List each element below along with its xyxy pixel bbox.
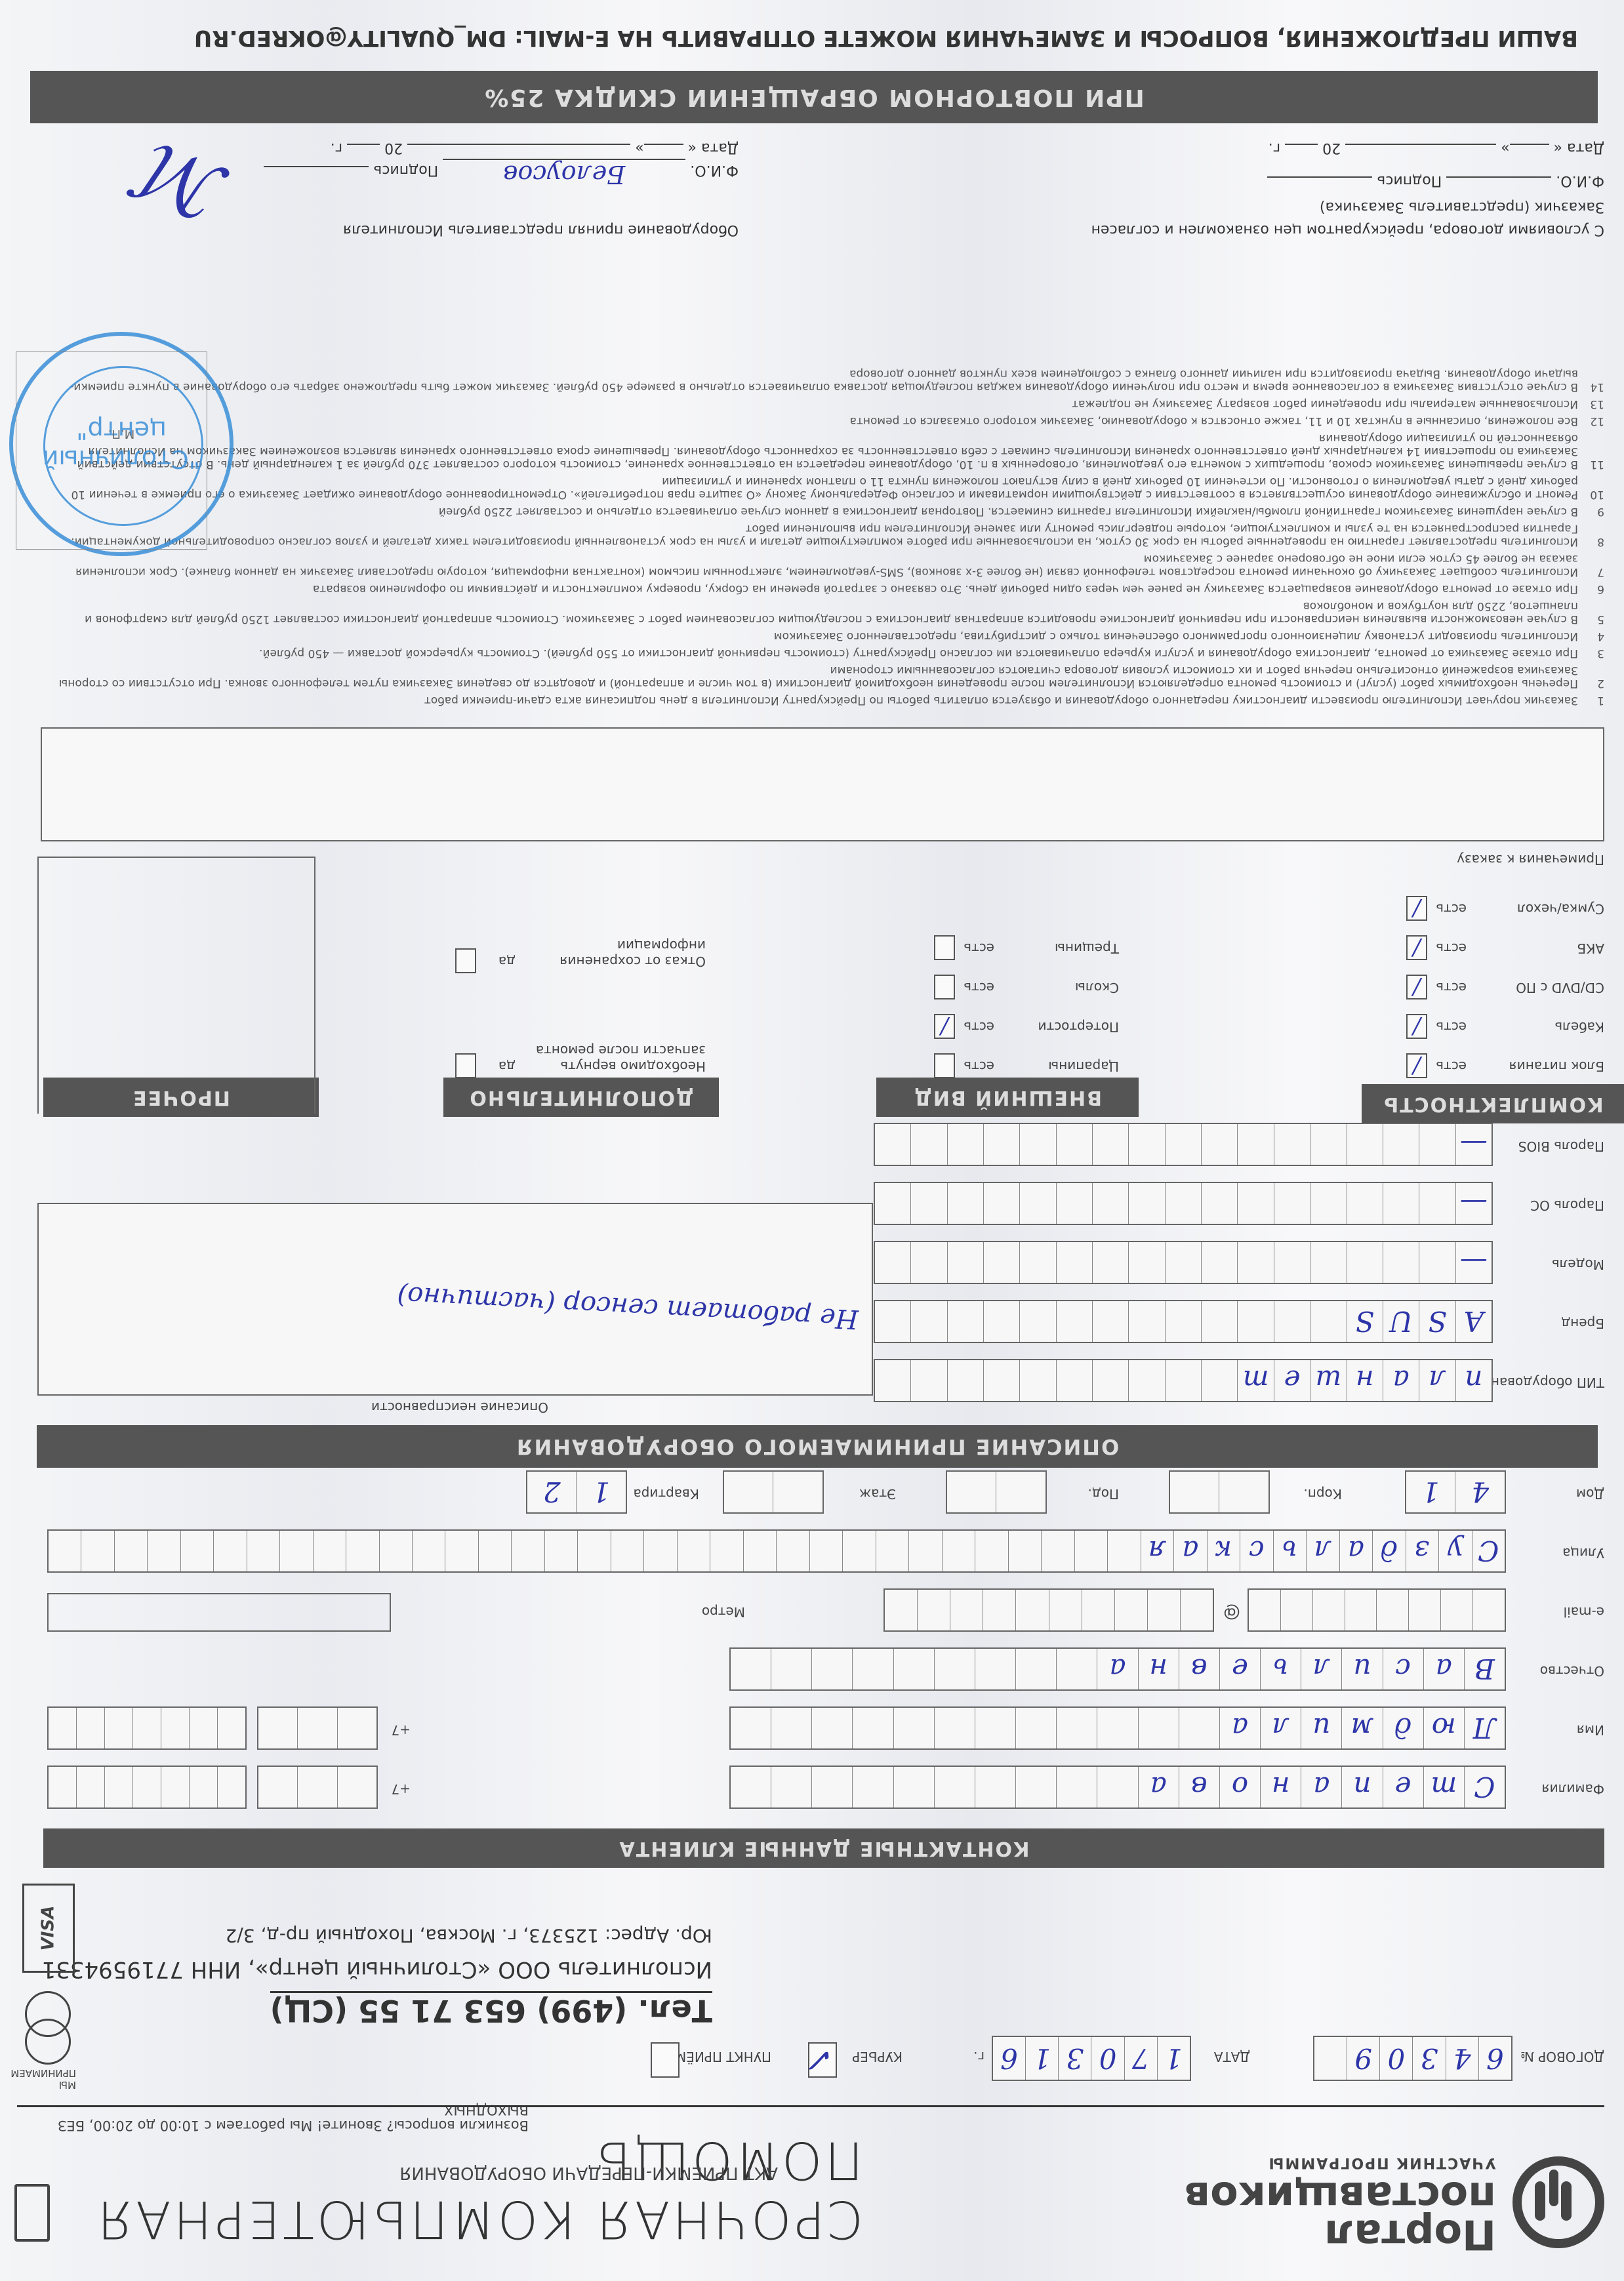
completeness-checkbox[interactable]: /: [1406, 975, 1427, 999]
customer-fio-field[interactable]: [1446, 176, 1551, 178]
legal-address: Юр. Адрес: 125373, г. Москва, Походный п…: [226, 1925, 712, 1947]
term-text: Перечень необходимых работ (услуг) и сто…: [43, 664, 1578, 690]
additional-yes-label: да: [498, 1059, 516, 1074]
equipment-field-label: Пароль BIOS: [1518, 1139, 1604, 1154]
apartment-field[interactable]: 12: [526, 1470, 627, 1514]
executor-date-month[interactable]: [407, 144, 630, 145]
receipt-form-page: Портал поставщиков УЧАСТНИК ПРОГРАММЫ СР…: [0, 0, 1624, 2281]
discount-banner: ПРИ ПОВТОРНОМ ОБРАЩЕНИИ СКИДКА 25%: [30, 71, 1598, 123]
courier-label: КУРЬЕР: [852, 2049, 903, 2065]
appearance-checkbox[interactable]: [934, 935, 955, 960]
executor-signature-field[interactable]: [264, 166, 369, 167]
client-field-label: Улица: [1562, 1545, 1604, 1561]
appearance-item-label: Царапины: [1001, 1059, 1119, 1074]
equipment-0-field[interactable]: планшет: [874, 1359, 1493, 1402]
term-text: Все положения, описанные в пунктах 10 и …: [43, 414, 1578, 428]
customer-agreement: С условиями договора, прейскурантом цен …: [1091, 222, 1604, 238]
term-number: 14: [1578, 367, 1604, 394]
equipment-1-field[interactable]: ASUS: [874, 1300, 1493, 1343]
date-label: ДАТА: [1214, 2049, 1250, 2065]
term-item: 14В случае отсутствия Заказчика в соглас…: [43, 367, 1604, 394]
feedback-note: ВАШИ ПРЕДЛОЖЕНИЯ, ВОПРОСЫ И ЗАМЕЧАНИЯ МО…: [194, 25, 1578, 51]
appearance-yes-label: есть: [964, 980, 994, 996]
completeness-yes-label: есть: [1436, 901, 1467, 917]
floor-field[interactable]: [723, 1470, 824, 1514]
term-number: 4: [1578, 630, 1604, 643]
street-field[interactable]: Суздальская: [47, 1529, 1506, 1573]
completeness-yes-label: есть: [1436, 1059, 1467, 1074]
executor-date-year[interactable]: [347, 144, 380, 145]
completeness-item-label: Кабель: [1473, 1019, 1604, 1035]
notes-label: Примечания к заказу: [1457, 852, 1604, 868]
appearance-item-label: Потертости: [1001, 1019, 1119, 1035]
term-text: При отказе от ремонта оборудование возвр…: [43, 582, 1578, 595]
metro-field[interactable]: [47, 1593, 391, 1632]
term-text: В случае отсутствия Заказчика в согласов…: [43, 367, 1578, 394]
executor-receipt-label: Оборудование принял представитель Исполн…: [343, 222, 739, 238]
client-0-field[interactable]: Степанова: [729, 1766, 1506, 1809]
stamp-area-frame: [16, 352, 207, 550]
service-title: СРОЧНАЯ КОМПЬЮТЕРНАЯ ПОМОЩЬ: [0, 2130, 863, 2248]
completeness-item-label: Сумка/чехол: [1473, 901, 1604, 917]
term-text: При отказе Заказчика от ремонта, диагнос…: [43, 647, 1578, 660]
client-field-label: e-mail: [1564, 1604, 1604, 1620]
term-item: 2Перечень необходимых работ (услуг) и ст…: [43, 664, 1604, 690]
logo-circle-icon: [1512, 2156, 1604, 2248]
header-divider: [17, 2105, 1604, 2107]
date-year-suffix: г.: [973, 2049, 985, 2065]
visa-icon: VISA: [22, 1884, 75, 1973]
term-text: В случае нарушения Заказчиком гарантийно…: [43, 505, 1578, 518]
phone-code-field[interactable]: [257, 1766, 378, 1809]
executor-fio-row: Ф.И.О. Белоусов Подпись: [264, 159, 739, 189]
notes-box[interactable]: [41, 727, 1604, 841]
building-field[interactable]: [1169, 1470, 1270, 1514]
additional-header: ДОПОЛНИТЕЛЬНО: [443, 1078, 719, 1117]
equipment-section-header: ОПИСАНИЕ ПРИНИМАЕМОГО ОБОРУДОВАНИЯ: [37, 1425, 1598, 1468]
courier-checkbox[interactable]: ✓: [808, 2042, 837, 2078]
term-text: В случае превышения Заказчиком сроков, п…: [43, 432, 1578, 471]
client-field-label: Имя: [1577, 1722, 1604, 1738]
appearance-yes-label: есть: [964, 1059, 994, 1074]
completeness-checkbox[interactable]: /: [1406, 896, 1427, 921]
equipment-field-label: Пароль ОС: [1530, 1198, 1604, 1213]
payments-accepted-label: МЫ ПРИНИМАЕМ: [0, 2067, 76, 2091]
term-text: Ремонт и обслуживание оборудования осуще…: [43, 475, 1578, 501]
equipment-field-label: ТИП оборудования: [1474, 1375, 1604, 1390]
customer-fio-row: Ф.И.О. Подпись: [1267, 172, 1604, 189]
completeness-item-label: Блок питания: [1473, 1059, 1604, 1074]
term-number: 12: [1578, 414, 1604, 428]
term-number: 13: [1578, 397, 1604, 411]
customer-role: Заказчик (представитель Заказчика): [1320, 199, 1604, 215]
phone-code-field[interactable]: [257, 1706, 378, 1750]
completeness-yes-label: есть: [1436, 940, 1467, 956]
company-phone: Тел. (499) 653 71 55 (СЦ): [270, 1991, 712, 2029]
floor-label: Этаж: [859, 1486, 896, 1502]
appearance-yes-label: есть: [964, 1019, 994, 1035]
appearance-item-label: Трещины: [1001, 940, 1119, 956]
appearance-item-label: Сколы: [1001, 980, 1119, 996]
equipment-field-label: Бренд: [1561, 1316, 1604, 1331]
term-text: Использованные материалы при проведении …: [43, 397, 1578, 411]
term-text: Исполнитель производит установку лицензи…: [43, 630, 1578, 643]
term-number: 5: [1578, 599, 1604, 626]
email-local-field[interactable]: [1248, 1588, 1506, 1632]
email-at-sign: @: [1223, 1603, 1240, 1623]
phone-prefix: +7: [392, 1781, 411, 1797]
building-label: Корп.: [1303, 1486, 1342, 1502]
customer-date-year[interactable]: [1285, 144, 1318, 145]
term-number: 11: [1578, 432, 1604, 471]
logo-tagline: УЧАСТНИК ПРОГРАММЫ: [1268, 2154, 1496, 2171]
house-label: Дом: [1576, 1486, 1604, 1502]
term-item: 10Ремонт и обслуживание оборудования осу…: [43, 475, 1604, 501]
other-box[interactable]: [37, 857, 315, 1114]
term-number: 2: [1578, 664, 1604, 690]
completeness-checkbox[interactable]: /: [1406, 935, 1427, 960]
additional-item-label: Необходимо вернуть запчасти после ремонт…: [522, 1043, 706, 1074]
term-number: 1: [1578, 694, 1604, 707]
term-number: 8: [1578, 522, 1604, 548]
term-number: 9: [1578, 505, 1604, 518]
equipment-4-field[interactable]: —: [874, 1123, 1493, 1166]
client-2-field[interactable]: Васильевна: [729, 1647, 1506, 1691]
equipment-field-label: Модель: [1552, 1257, 1604, 1272]
customer-signature-field[interactable]: [1267, 176, 1372, 178]
contract-number-field[interactable]: 64309: [1313, 2036, 1512, 2081]
executor-date-row: Дата « » 20 г.: [331, 140, 739, 156]
email-domain-field[interactable]: [883, 1588, 1214, 1632]
appearance-checkbox[interactable]: [934, 975, 955, 999]
term-text: В случае невозможности выявления неиспра…: [43, 599, 1578, 626]
term-item: 1Заказчик поручает Исполнителю произвест…: [43, 694, 1604, 707]
term-item: 6При отказе от ремонта оборудование возв…: [43, 582, 1604, 595]
fault-description-label: Описание неисправности: [371, 1400, 548, 1415]
executor-date-day[interactable]: [644, 144, 683, 145]
term-item: 9В случае нарушения Заказчиком гарантийн…: [43, 505, 1604, 518]
client-1-field[interactable]: Людмила: [729, 1706, 1506, 1750]
equipment-3-field[interactable]: —: [874, 1182, 1493, 1225]
term-item: 8Исполнитель предоставляет гарантию на п…: [43, 522, 1604, 548]
executor-signature-scribble: ℳ: [130, 125, 240, 240]
client-section-header: КОНТАКТНЫЕ ДАННЫЕ КЛИЕНТА: [43, 1828, 1604, 1868]
term-item: 13Использованные материалы при проведени…: [43, 397, 1604, 411]
executor-company: Исполнитель ООО «Столичный центр», ИНН 7…: [42, 1956, 712, 1983]
additional-checkbox[interactable]: [455, 948, 476, 973]
phone-prefix: +7: [392, 1722, 411, 1738]
term-text: Исполнитель сообщает Заказчику об оконча…: [43, 552, 1578, 578]
term-text: Заказчик поручает Исполнителю произвести…: [43, 694, 1578, 707]
term-number: 6: [1578, 582, 1604, 595]
term-number: 10: [1578, 475, 1604, 501]
additional-yes-label: да: [498, 954, 516, 969]
portal-logo: Портал поставщиков УЧАСТНИК ПРОГРАММЫ: [1185, 2143, 1604, 2255]
term-item: 3При отказе Заказчика от ремонта, диагно…: [43, 647, 1604, 660]
metro-label: Метро: [702, 1604, 745, 1620]
completeness-item-label: CD/DVD с ПО: [1473, 980, 1604, 996]
house-field[interactable]: 41: [1405, 1470, 1506, 1514]
term-text: Исполнитель предоставляет гарантию на пр…: [43, 522, 1578, 548]
completeness-checkbox[interactable]: /: [1406, 1053, 1427, 1078]
additional-checkbox[interactable]: [455, 1053, 476, 1078]
completeness-checkbox[interactable]: /: [1406, 1014, 1427, 1039]
equipment-2-field[interactable]: —: [874, 1241, 1493, 1284]
term-item: 7Исполнитель сообщает Заказчику об оконч…: [43, 552, 1604, 578]
term-item: 5В случае невозможности выявления неиспр…: [43, 599, 1604, 626]
executor-fio-field[interactable]: Белоусов: [443, 159, 685, 189]
logo-subtitle: поставщиков: [1185, 2176, 1496, 2217]
contract-number-label: ДОГОВОР №: [1520, 2049, 1604, 2065]
completeness-item-label: АКБ: [1473, 940, 1604, 956]
appearance-yes-label: есть: [964, 940, 994, 956]
customer-date-month[interactable]: [1345, 144, 1496, 145]
additional-item-label: Отказ от сохранения информации: [522, 938, 706, 969]
appearance-header: ВНЕШНИЙ ВИД: [876, 1078, 1139, 1117]
client-field-label: Отчество: [1540, 1663, 1604, 1679]
appearance-checkbox[interactable]: [934, 1053, 955, 1078]
client-field-label: Фамилия: [1542, 1781, 1604, 1797]
term-item: 12Все положения, описанные в пунктах 10 …: [43, 414, 1604, 428]
completeness-header: КОМПЛЕКТНОСТЬ: [1362, 1084, 1624, 1123]
phone-number-field[interactable]: [47, 1766, 247, 1809]
pickup-point-checkbox[interactable]: [651, 2042, 680, 2078]
terms-list: 1Заказчик поручает Исполнителю произвест…: [43, 363, 1604, 707]
entrance-label: Под.: [1088, 1486, 1119, 1502]
mastercard-icon: [24, 1986, 76, 2065]
completeness-yes-label: есть: [1436, 1019, 1467, 1035]
customer-date-day[interactable]: [1510, 144, 1549, 145]
entrance-field[interactable]: [946, 1470, 1047, 1514]
toolkit-icon: [14, 2184, 50, 2242]
customer-date-row: Дата « » 20 г.: [1269, 140, 1604, 156]
term-item: 4Исполнитель производит установку лиценз…: [43, 630, 1604, 643]
date-field[interactable]: 170316: [992, 2036, 1191, 2081]
phone-number-field[interactable]: [47, 1706, 247, 1750]
act-title: АКТ ПРИЕМКИ-ПЕРЕДАЧИ ОБОРУДОВАНИЯ: [399, 2163, 778, 2183]
term-number: 3: [1578, 647, 1604, 660]
appearance-checkbox[interactable]: /: [934, 1014, 955, 1039]
term-number: 7: [1578, 552, 1604, 578]
completeness-yes-label: есть: [1436, 980, 1467, 996]
apartment-label: Квартира: [633, 1486, 699, 1502]
fault-description-box[interactable]: Не работает сенсор (частично): [37, 1203, 873, 1396]
term-item: 11В случае превышения Заказчиком сроков,…: [43, 432, 1604, 471]
fault-description-text: Не работает сенсор (частично): [396, 1280, 859, 1335]
